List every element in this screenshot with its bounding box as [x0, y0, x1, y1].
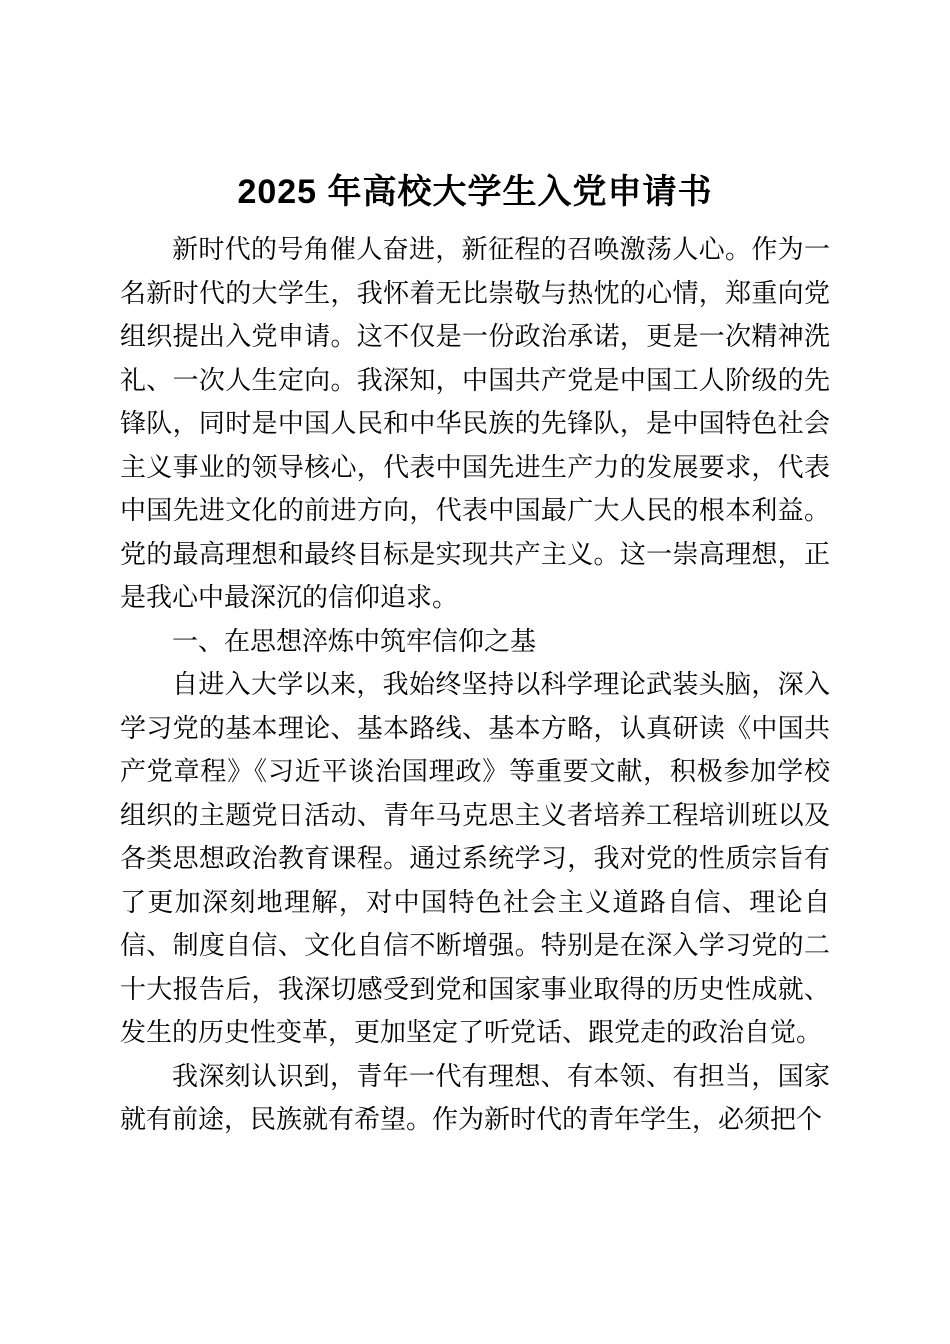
document-title: 2025 年高校大学生入党申请书	[120, 168, 830, 216]
document-page: 2025 年高校大学生入党申请书 新时代的号角催人奋进，新征程的召唤激荡人心。作…	[0, 0, 950, 1344]
paragraph-section-1-body: 自进入大学以来，我始终坚持以科学理论武装头脑，深入学习党的基本理论、基本路线、基…	[120, 663, 830, 1055]
section-heading-1: 一、在思想淬炼中筑牢信仰之基	[120, 620, 830, 664]
paragraph-section-1-body-2: 我深刻认识到，青年一代有理想、有本领、有担当，国家就有前途，民族就有希望。作为新…	[120, 1055, 830, 1142]
paragraph-intro: 新时代的号角催人奋进，新征程的召唤激荡人心。作为一名新时代的大学生，我怀着无比崇…	[120, 228, 830, 620]
